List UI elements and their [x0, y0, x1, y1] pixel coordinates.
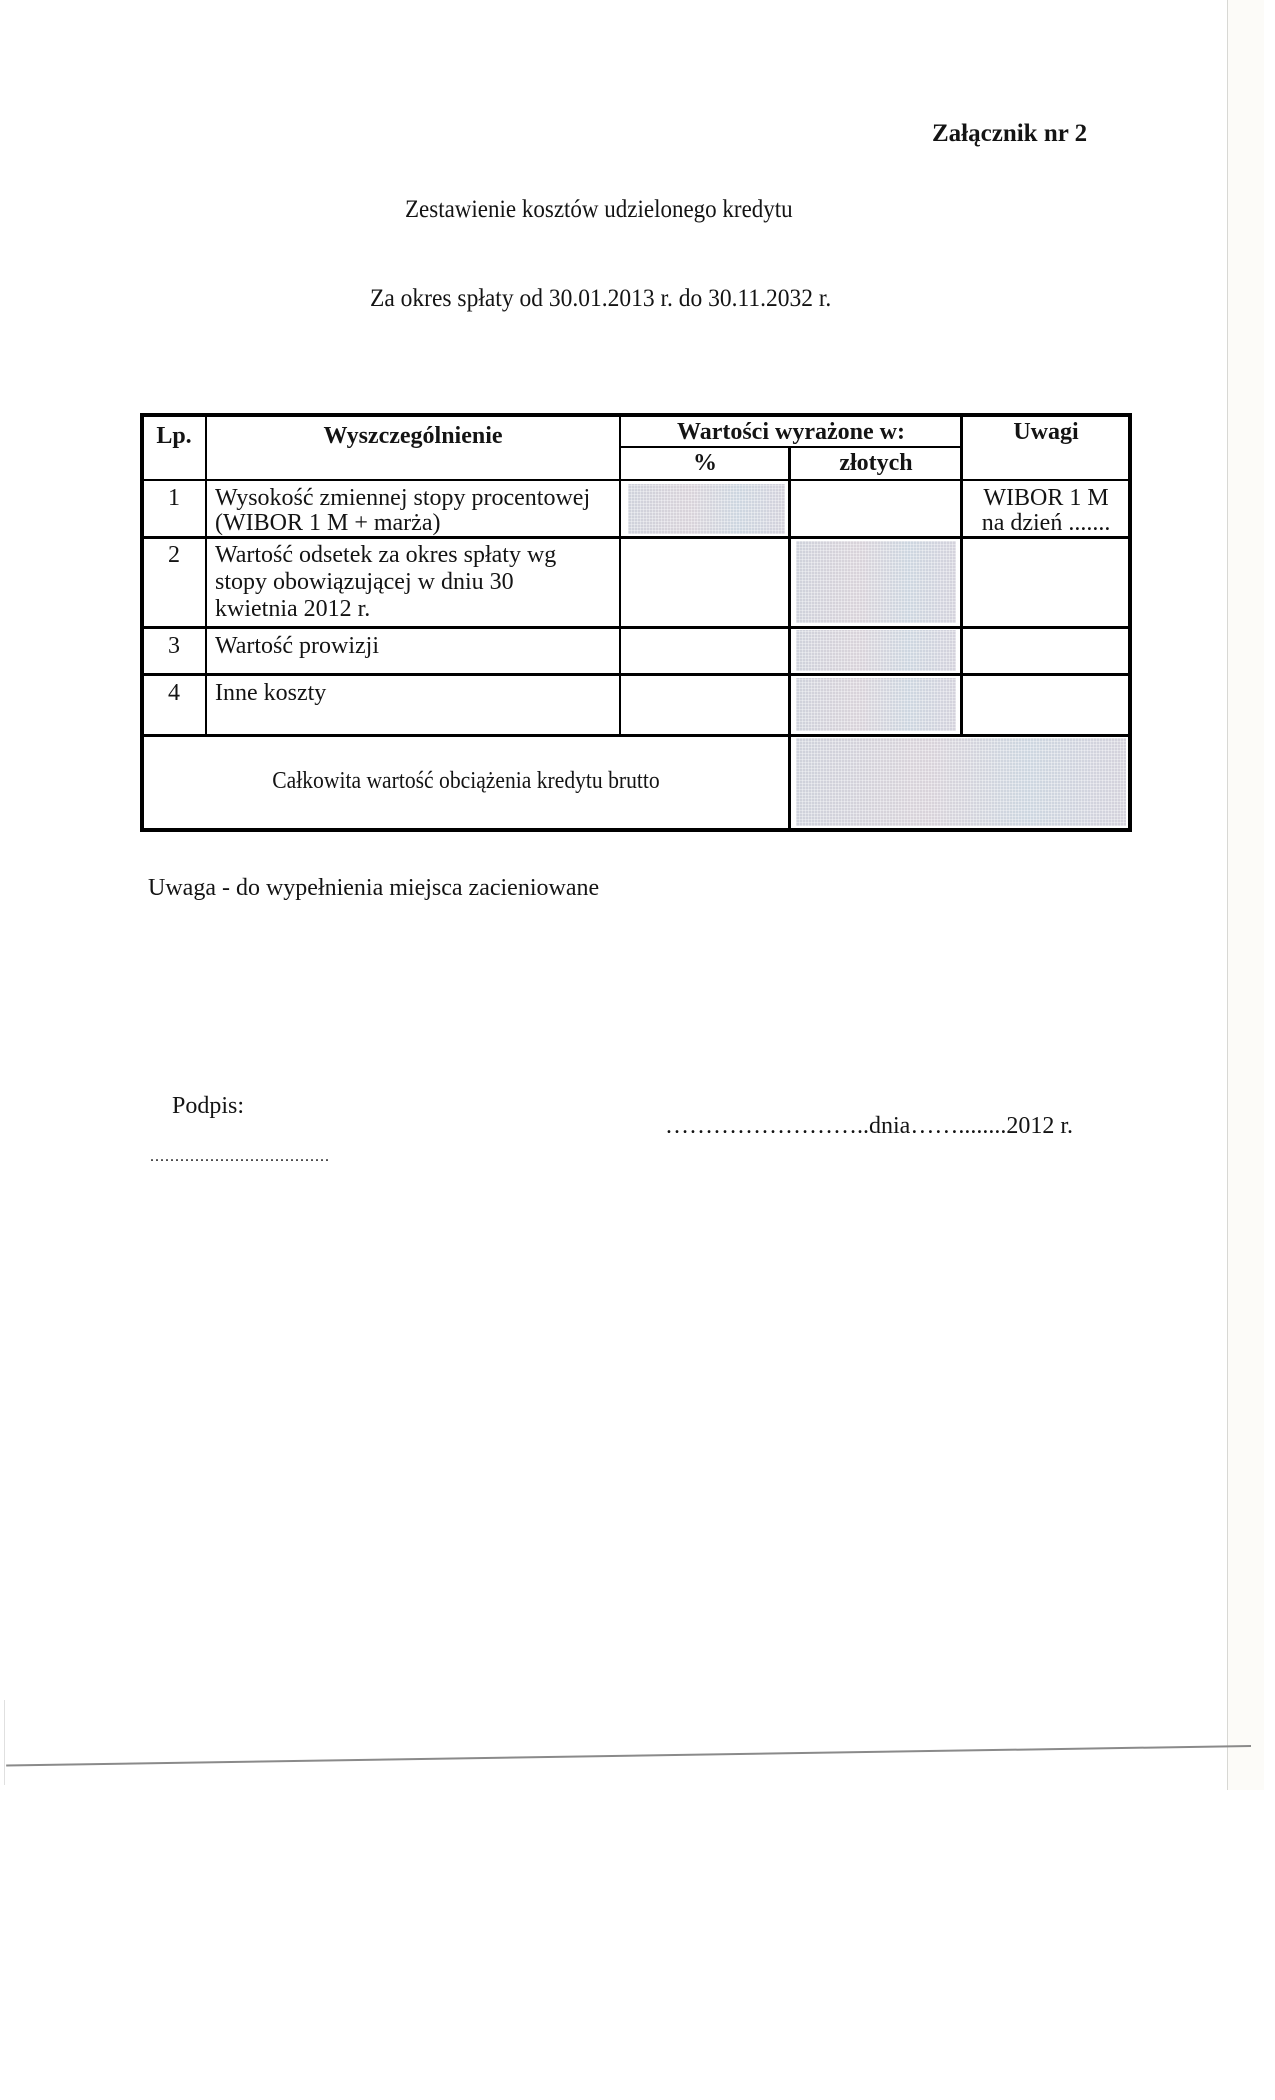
header-pln: złotych	[791, 450, 961, 476]
row2-description-line3: kwietnia 2012 r.	[215, 596, 370, 622]
row2-pln-shaded-cell[interactable]	[796, 541, 956, 623]
signature-label: Podpis:	[172, 1093, 244, 1120]
row3-pln-shaded-cell[interactable]	[796, 630, 956, 671]
row2-description-line2: stopy obowiązującej w dniu 30	[215, 569, 514, 595]
row2-description-line1: Wartość odsetek za okres spłaty wg	[215, 542, 556, 568]
signature-line: ....................................	[150, 1148, 330, 1166]
fill-in-note: Uwaga - do wypełnienia miejsca zacieniow…	[148, 875, 599, 902]
row1-remarks-line2: na dzień .......	[963, 510, 1129, 536]
row2-lp: 2	[142, 542, 206, 568]
row1-percent-shaded-cell[interactable]	[628, 484, 785, 534]
header-lp: Lp.	[142, 423, 206, 449]
total-shaded-cell[interactable]	[796, 738, 1126, 826]
header-values-group: Wartości wyrażone w:	[621, 419, 961, 445]
row4-pln-shaded-cell[interactable]	[796, 678, 956, 731]
page-bottom-edge	[6, 1745, 1251, 1767]
row1-lp: 1	[142, 485, 206, 511]
page-edge	[4, 1700, 5, 1785]
row1-description-line2: (WIBOR 1 M + marża)	[215, 510, 440, 536]
header-description: Wyszczególnienie	[207, 423, 619, 449]
row4-description: Inne koszty	[215, 680, 326, 706]
date-line: ……………………..dnia……........2012 r.	[665, 1113, 1073, 1140]
row3-lp: 3	[142, 633, 206, 659]
row1-remarks-line1: WIBOR 1 M	[963, 485, 1129, 511]
row4-lp: 4	[142, 680, 206, 706]
row3-description: Wartość prowizji	[215, 633, 379, 659]
total-label: Całkowita wartość obciążenia kredytu bru…	[176, 768, 756, 794]
header-percent: %	[621, 450, 789, 476]
row1-description-line1: Wysokość zmiennej stopy procentowej	[215, 485, 590, 511]
cost-summary-table: Lp. Wyszczególnienie Wartości wyrażone w…	[0, 0, 1275, 900]
header-remarks: Uwagi	[963, 419, 1129, 445]
